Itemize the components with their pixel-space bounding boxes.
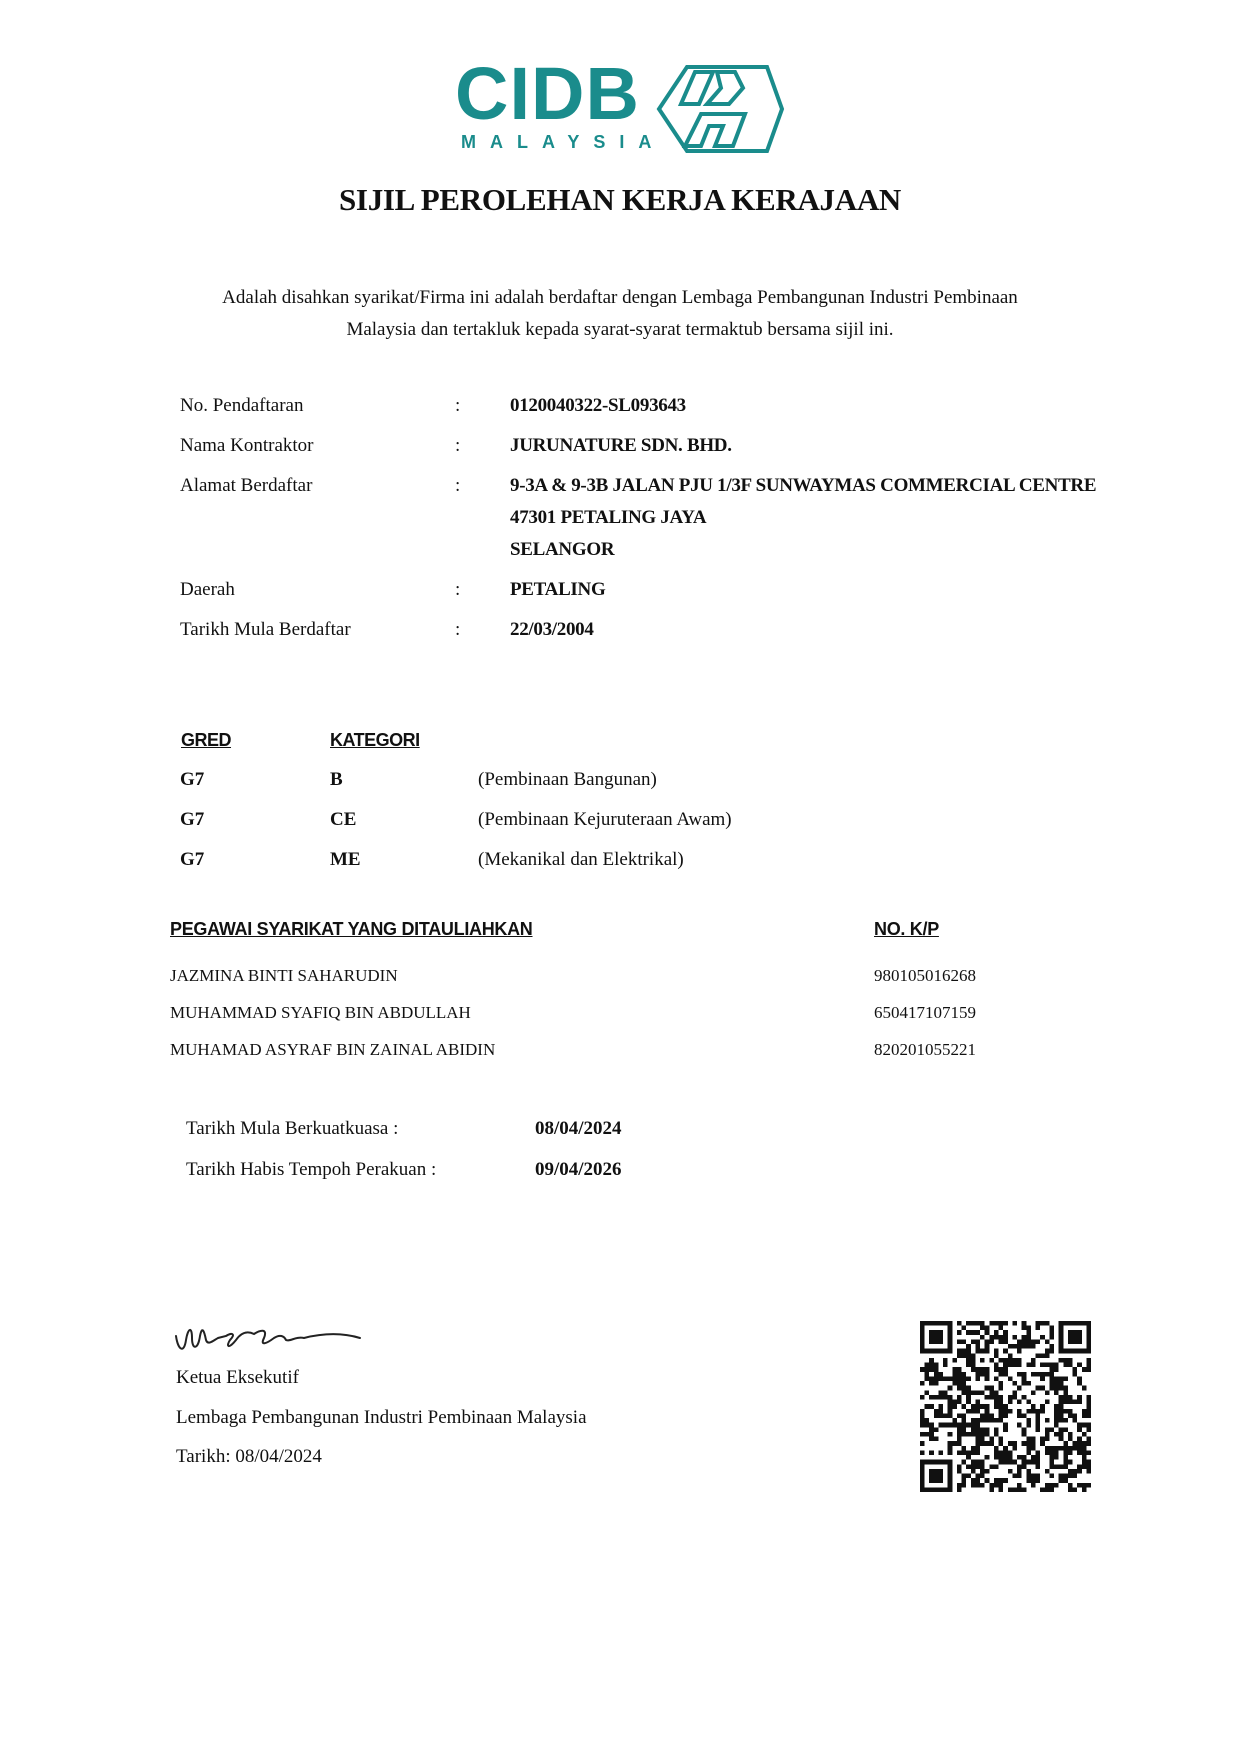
info-colon: :: [455, 395, 460, 417]
grade-value: G7: [180, 769, 204, 791]
signatory-organization: Lembaga Pembangunan Industri Pembinaan M…: [176, 1407, 587, 1429]
info-colon: :: [455, 475, 460, 497]
validity-value: 09/04/2026: [535, 1159, 622, 1181]
validity-label: Tarikh Mula Berkuatkuasa :: [186, 1118, 398, 1140]
officer-ic: 980105016268: [874, 966, 976, 986]
info-value: 9-3A & 9-3B JALAN PJU 1/3F SUNWAYMAS COM…: [510, 475, 1096, 497]
officer-name: JAZMINA BINTI SAHARUDIN: [170, 966, 398, 986]
category-value: B: [330, 769, 343, 791]
grade-row: G7 B (Pembinaan Bangunan): [0, 769, 1240, 797]
grade-row: G7 CE (Pembinaan Kejuruteraan Awam): [0, 809, 1240, 837]
logo-subtitle: MALAYSIA: [461, 132, 665, 153]
info-label: Tarikh Mula Berdaftar: [180, 619, 440, 641]
category-description: (Mekanikal dan Elektrikal): [478, 849, 684, 871]
officer-ic: 820201055221: [874, 1040, 976, 1060]
info-colon: :: [455, 435, 460, 457]
logo-wordmark: CIDB: [455, 54, 640, 134]
certificate-title: SIJIL PEROLEHAN KERJA KERAJAAN: [0, 182, 1240, 218]
validity-value: 08/04/2024: [535, 1118, 622, 1140]
info-value: 47301 PETALING JAYA: [510, 507, 706, 529]
intro-line-2: Malaysia dan tertakluk kepada syarat-sya…: [150, 314, 1090, 346]
officer-row: MUHAMAD ASYRAF BIN ZAINAL ABIDIN 8202010…: [0, 1040, 1240, 1064]
category-value: ME: [330, 849, 361, 871]
grade-value: G7: [180, 809, 204, 831]
signatory-title: Ketua Eksekutif: [176, 1367, 299, 1389]
info-label: Nama Kontraktor: [180, 435, 440, 457]
cidb-hexagon-mark-icon: [655, 64, 785, 154]
validity-start-row: Tarikh Mula Berkuatkuasa : 08/04/2024: [0, 1118, 1240, 1146]
category-value: CE: [330, 809, 356, 831]
info-value: 0120040322-SL093643: [510, 395, 686, 417]
intro-paragraph: Adalah disahkan syarikat/Firma ini adala…: [150, 282, 1090, 346]
info-colon: :: [455, 579, 460, 601]
intro-line-1: Adalah disahkan syarikat/Firma ini adala…: [150, 282, 1090, 314]
officer-ic: 650417107159: [874, 1003, 976, 1023]
grade-row: G7 ME (Mekanikal dan Elektrikal): [0, 849, 1240, 877]
signature-icon: [170, 1310, 390, 1360]
officer-row: JAZMINA BINTI SAHARUDIN 980105016268: [0, 966, 1240, 990]
qr-code-icon: [920, 1321, 1091, 1492]
ic-number-header: NO. K/P: [874, 919, 939, 940]
info-value: PETALING: [510, 579, 605, 601]
officer-name: MUHAMAD ASYRAF BIN ZAINAL ABIDIN: [170, 1040, 495, 1060]
info-label: No. Pendaftaran: [180, 395, 440, 417]
info-value: SELANGOR: [510, 539, 614, 561]
officer-row: MUHAMMAD SYAFIQ BIN ABDULLAH 65041710715…: [0, 1003, 1240, 1027]
grade-value: G7: [180, 849, 204, 871]
category-description: (Pembinaan Kejuruteraan Awam): [478, 809, 732, 831]
officer-name: MUHAMMAD SYAFIQ BIN ABDULLAH: [170, 1003, 471, 1023]
category-description: (Pembinaan Bangunan): [478, 769, 657, 791]
info-colon: :: [455, 619, 460, 641]
info-label: Daerah: [180, 579, 440, 601]
validity-label: Tarikh Habis Tempoh Perakuan :: [186, 1159, 436, 1181]
officers-header: PEGAWAI SYARIKAT YANG DITAULIAHKAN: [170, 919, 533, 940]
info-value: 22/03/2004: [510, 619, 594, 641]
validity-end-row: Tarikh Habis Tempoh Perakuan : 09/04/202…: [0, 1159, 1240, 1187]
category-header: KATEGORI: [330, 730, 420, 751]
cidb-logo: CIDB MALAYSIA: [455, 62, 785, 157]
info-label: Alamat Berdaftar: [180, 475, 440, 497]
grade-header: GRED: [181, 730, 231, 751]
signatory-date: Tarikh: 08/04/2024: [176, 1446, 322, 1468]
info-value: JURUNATURE SDN. BHD.: [510, 435, 732, 457]
